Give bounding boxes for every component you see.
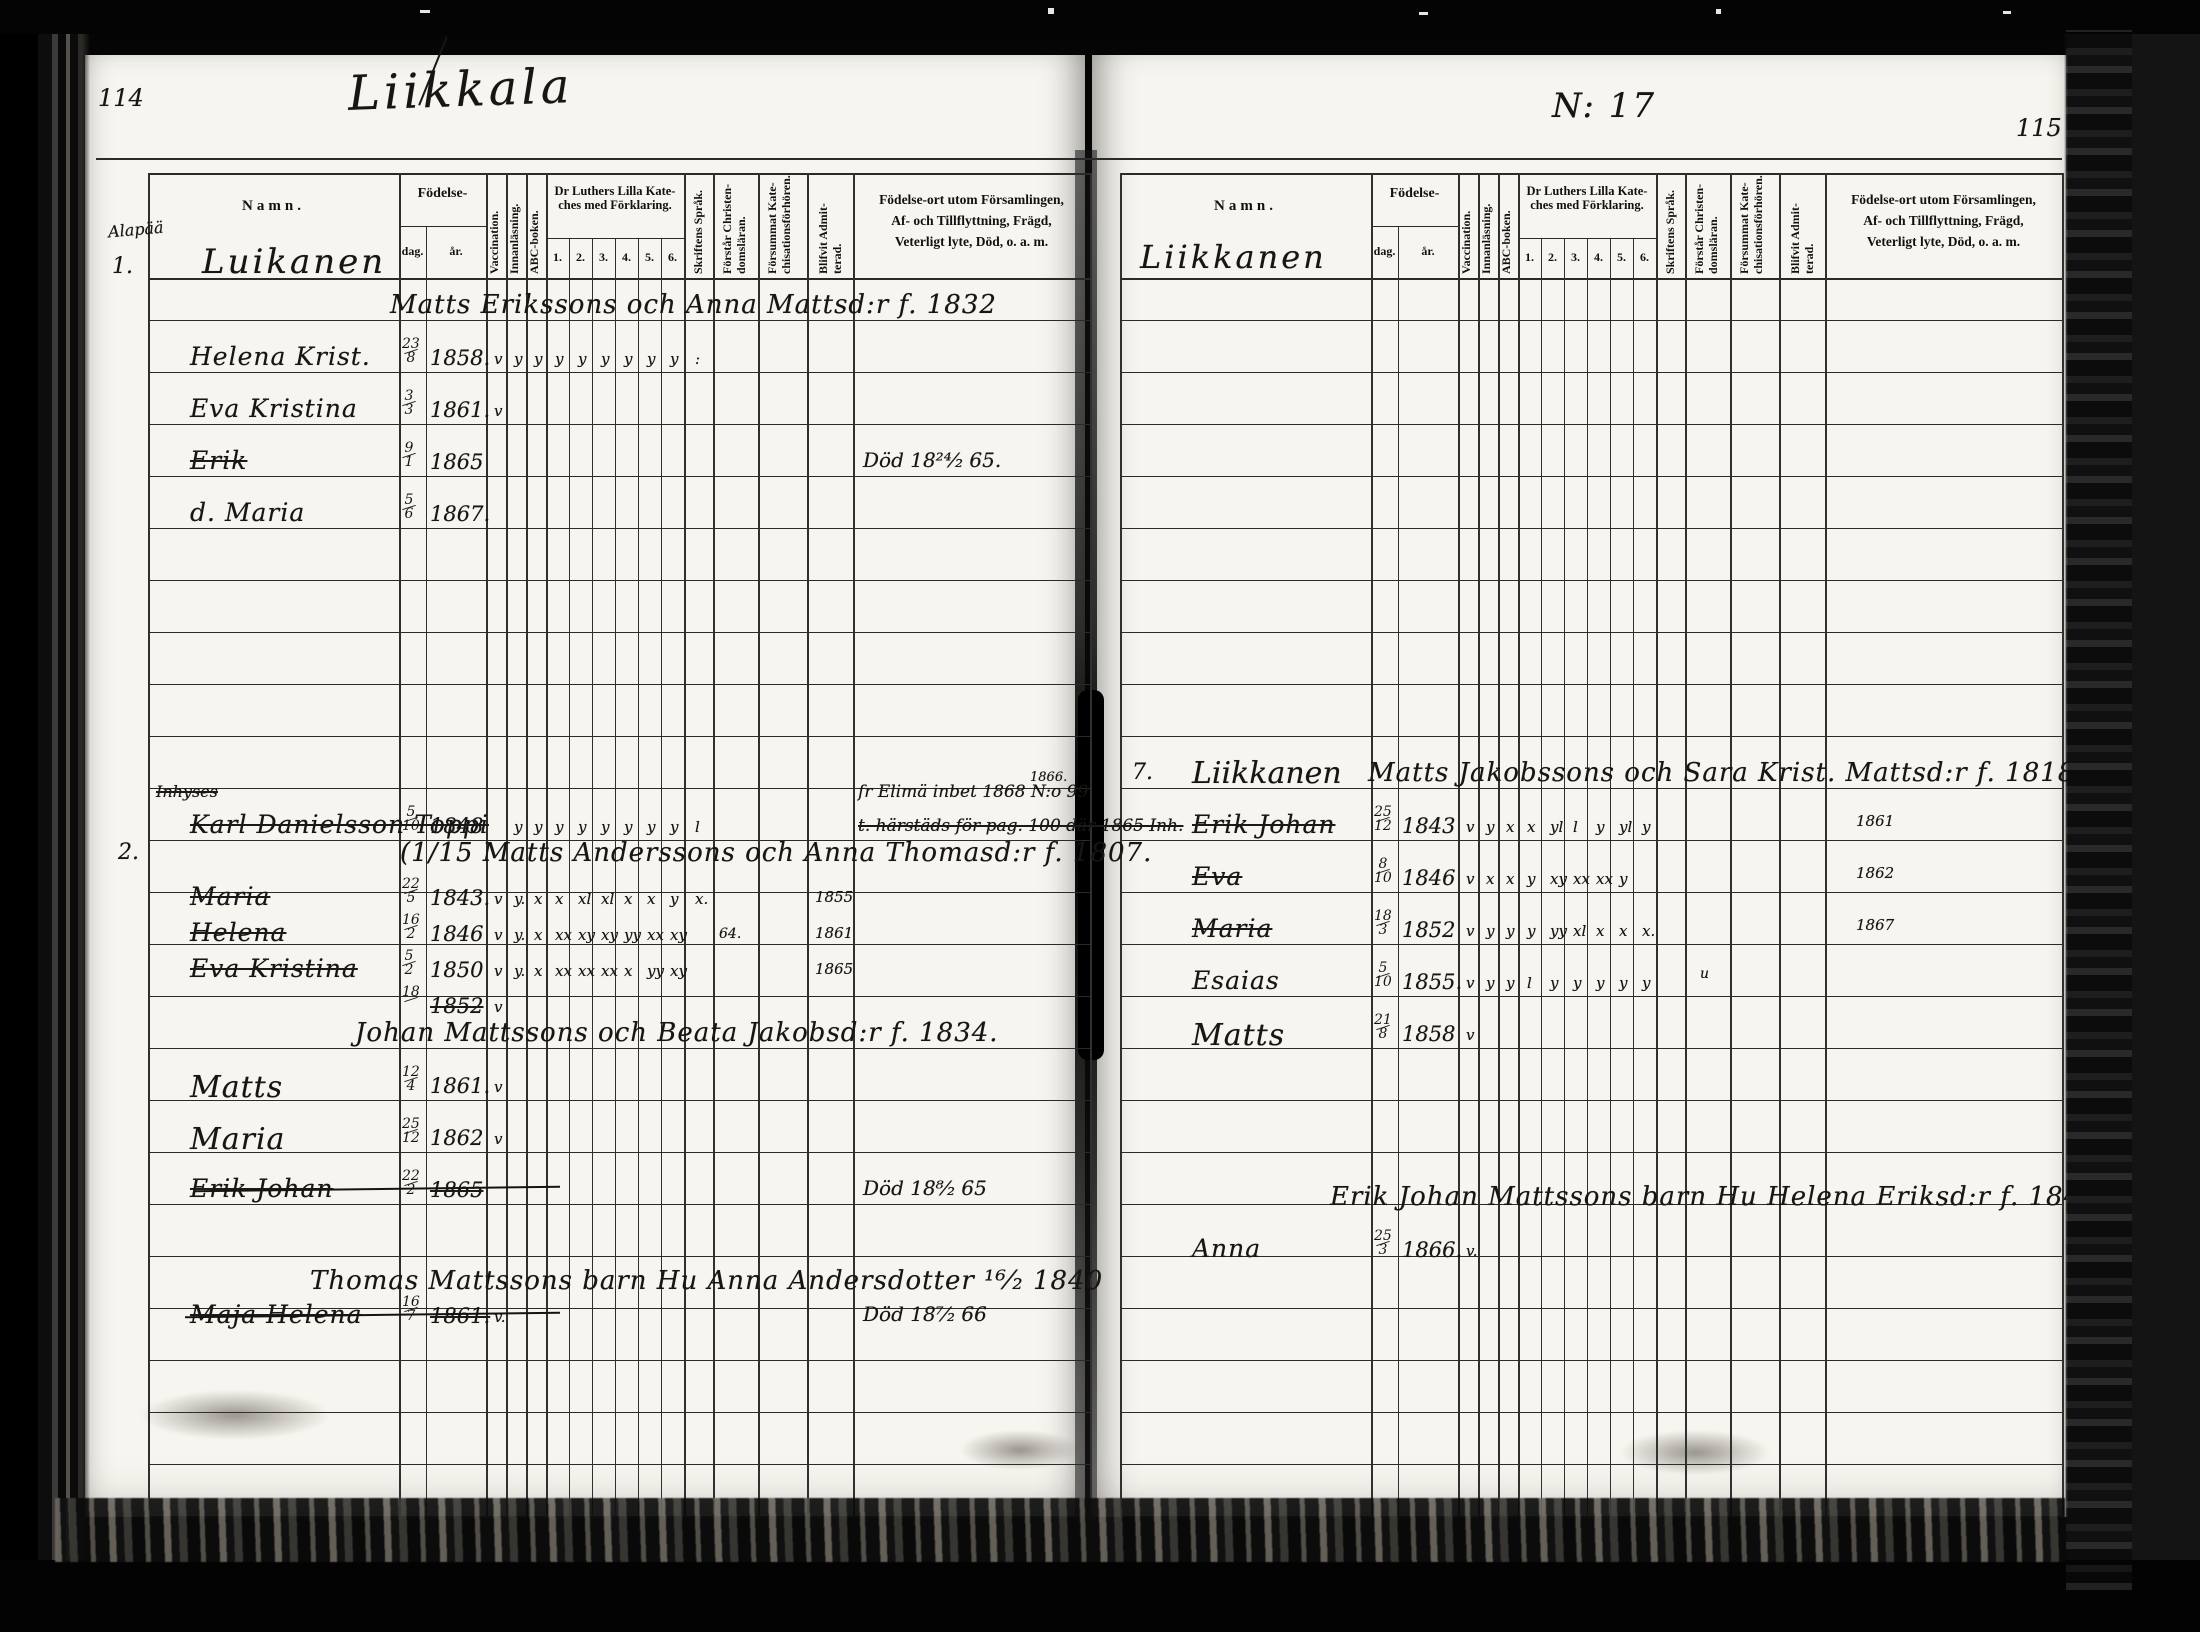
examination-mark: x xyxy=(1527,818,1535,836)
birth-day: 52 xyxy=(402,950,416,978)
examination-mark: y xyxy=(601,350,609,368)
table-top-border xyxy=(148,173,1090,175)
column-header-notes-line: Af- och Tillflyttning, Frägd, xyxy=(859,211,1084,232)
column-header-forsummat-katechisationsforhoren: Försummat Kate-chisationsförhören. xyxy=(1738,178,1764,274)
row-line xyxy=(148,632,1090,633)
family-header-entry: Erik Johan Mattssons barn Hu Helena Erik… xyxy=(1330,1182,2108,1212)
smudge xyxy=(960,1430,1080,1470)
column-line xyxy=(1685,173,1687,1516)
column-header-notes-line: Veterligt lyte, Död, o. a. m. xyxy=(1831,232,2056,253)
examination-mark: xy xyxy=(1550,870,1567,888)
examination-mark: y. xyxy=(514,926,525,944)
row-line xyxy=(1120,996,2062,997)
entry-pre-note: Inhyses xyxy=(156,782,218,801)
table-top-border xyxy=(1120,173,2062,175)
birth-day-month: 3 xyxy=(1378,924,1387,937)
birth-day-month: 2 xyxy=(406,1184,415,1197)
row-line xyxy=(1120,476,2062,477)
margin-note: Liikkanen xyxy=(1192,756,1342,791)
birth-day: 510 xyxy=(1374,962,1392,990)
title-underline xyxy=(1068,158,2062,160)
row-line xyxy=(148,684,1090,685)
column-header-skriftens-sprak: Skriftens Språk. xyxy=(692,178,705,274)
person-name: d. Maria xyxy=(190,498,305,527)
row-line xyxy=(148,996,1090,997)
scanned-church-record-spread: 114 Liikkala Alapää 1. Luikanen N: 17 11… xyxy=(0,0,2200,1632)
column-header-skriftens-sprak-label: Skriftens Språk. xyxy=(692,178,705,274)
family-header-entry: Matts Jakobssons och Sara Krist. Mattsd:… xyxy=(1368,758,2075,788)
birth-day-month: 10 xyxy=(1374,872,1392,885)
examination-mark: y xyxy=(1527,922,1535,940)
birth-day-month: 2 xyxy=(405,964,414,977)
row-line xyxy=(1120,1152,2062,1153)
column-header-fodelse: Födelse- xyxy=(1371,186,1458,202)
column-header-skriftens-sprak: Skriftens Språk. xyxy=(1664,178,1677,274)
column-header-notes: Födelse-ort utom Församlingen,Af- och Ti… xyxy=(859,190,1084,253)
column-header-innanlasning: Innanläsning. xyxy=(1480,178,1493,274)
column-header-forsummat-katechisationsforhoren-label: chisationsförhören. xyxy=(780,178,793,274)
birth-year: 1866. xyxy=(1402,1238,1462,1262)
kateches-subcolumn-number: 3. xyxy=(592,250,615,265)
left-group-label: 1. xyxy=(112,254,133,279)
right-number-label: N: 17 xyxy=(1552,86,1656,126)
birth-year: 1865 xyxy=(430,450,483,474)
row-line xyxy=(1120,892,2062,893)
examination-mark: x xyxy=(1486,870,1494,888)
column-header-namn: Namn. xyxy=(208,198,339,215)
birth-year: 1848 xyxy=(430,814,483,838)
person-name: Anna xyxy=(1192,1234,1261,1263)
examination-mark: xx xyxy=(601,962,618,980)
birth-day: 2512 xyxy=(402,1118,420,1146)
column-line xyxy=(1371,173,1373,1516)
examination-mark: y xyxy=(647,818,655,836)
column-header-blifvit-admitterad: Blifvit Admit-terad. xyxy=(817,178,843,274)
kateches-subcolumn-line xyxy=(569,238,570,1516)
kateches-subcolumn-line xyxy=(1633,238,1634,1516)
birth-day-month: 1 xyxy=(405,456,414,469)
column-header-namn: Namn. xyxy=(1180,198,1311,215)
birth-day: 2512 xyxy=(1374,806,1392,834)
examination-mark: l xyxy=(695,818,700,836)
person-name: Maria xyxy=(1192,914,1272,943)
examination-mark: v xyxy=(494,402,502,420)
birth-day: 167 xyxy=(402,1296,420,1324)
kateches-subcolumn-number: 5. xyxy=(1610,250,1633,265)
examination-mark: y xyxy=(1596,818,1604,836)
column-header-forsummat-katechisationsforhoren: Försummat Kate-chisationsförhören. xyxy=(766,178,792,274)
column-header-ar: år. xyxy=(426,244,486,259)
examination-mark: x xyxy=(1506,870,1514,888)
column-header-blifvit-admitterad-label: terad. xyxy=(1803,178,1816,274)
examination-mark: xx xyxy=(555,926,572,944)
examination-mark: v. xyxy=(494,1308,505,1326)
examination-mark: x xyxy=(1596,922,1604,940)
kateches-subcolumn-line xyxy=(661,238,662,1516)
column-header-notes: Födelse-ort utom Församlingen,Af- och Ti… xyxy=(1831,190,2056,253)
examination-mark: xy xyxy=(578,926,595,944)
death-note: Död 18²⁴⁄₂ 65. xyxy=(863,448,1001,472)
birth-day-month: 5 xyxy=(406,892,415,905)
examination-mark: x xyxy=(647,890,655,908)
examination-mark: y xyxy=(1619,974,1627,992)
examination-mark: yy xyxy=(624,926,641,944)
bottom-border xyxy=(0,1560,2200,1632)
column-header-innanlasning-label: Innanläsning. xyxy=(1480,178,1493,274)
examination-mark: : xyxy=(695,350,700,368)
row-line xyxy=(1120,528,2062,529)
examination-mark: y xyxy=(624,350,632,368)
row-line xyxy=(1120,320,2062,321)
examination-mark: yy xyxy=(1550,922,1567,940)
person-name: Erik Johan xyxy=(1192,810,1335,839)
column-header-kateches: Dr Luthers Lilla Kate- ches med Förklari… xyxy=(546,184,684,213)
examination-mark: y xyxy=(514,350,522,368)
examination-mark: xx xyxy=(1573,870,1590,888)
column-header-forstar-christendomslaran-label: Förstår Christen- xyxy=(721,178,734,274)
edge-speck xyxy=(420,10,430,13)
row-line xyxy=(1120,736,2062,737)
examination-mark: xl xyxy=(1573,922,1586,940)
birth-year: 1855. xyxy=(1402,970,1462,994)
title-underline xyxy=(96,158,1090,160)
birth-year: 1846 xyxy=(430,922,483,946)
examination-mark: xy xyxy=(670,926,687,944)
examination-mark: y xyxy=(601,818,609,836)
household-number: 2. xyxy=(118,840,139,865)
column-header-fodelse: Födelse- xyxy=(399,186,486,202)
margin-note: 1862 xyxy=(1856,864,1894,882)
examination-mark: y xyxy=(555,350,563,368)
person-name: Eva xyxy=(1192,862,1242,891)
row-line xyxy=(1120,1360,2062,1361)
edge-speck xyxy=(1716,9,1721,14)
examination-mark: y xyxy=(1486,974,1494,992)
examination-mark: yl xyxy=(1550,818,1563,836)
examination-mark: xl xyxy=(601,890,614,908)
row-line xyxy=(1120,1464,2062,1465)
left-torn-edge xyxy=(0,0,90,1632)
kateches-subcolumn-line xyxy=(1541,238,1542,1516)
examination-mark: v xyxy=(494,890,502,908)
examination-mark: l xyxy=(1573,818,1578,836)
column-line xyxy=(1478,173,1480,1516)
edge-speck xyxy=(1048,8,1054,14)
person-name: Helena Krist. xyxy=(190,342,371,371)
smudge xyxy=(140,1390,330,1440)
birth-year: 1865 xyxy=(430,1178,483,1202)
column-header-forstar-christendomslaran-label: Förstår Christen- xyxy=(1693,178,1706,274)
examination-mark: x. xyxy=(695,890,708,908)
death-note: Död 18⁸⁄₂ 65 xyxy=(863,1176,987,1200)
examination-mark: y xyxy=(1573,974,1581,992)
row-line xyxy=(1120,1100,2062,1101)
kateches-subcolumn-number: 2. xyxy=(569,250,592,265)
top-border xyxy=(0,0,2200,34)
fodelse-divider xyxy=(399,226,486,227)
examination-mark: xx xyxy=(555,962,572,980)
examination-mark: v xyxy=(494,926,502,944)
person-name: Erik xyxy=(190,446,247,475)
edge-speck xyxy=(2003,11,2011,14)
examination-mark: v xyxy=(494,1078,502,1096)
row-line xyxy=(1120,372,2062,373)
kateches-subcolumn-line xyxy=(638,238,639,1516)
examination-mark: v xyxy=(1466,1026,1474,1044)
birth-year: 1861. xyxy=(430,1304,490,1328)
column-header-abc-boken: ABC-boken. xyxy=(1500,178,1513,274)
column-header-notes-line: Veterligt lyte, Död, o. a. m. xyxy=(859,232,1084,253)
column-line xyxy=(1656,173,1658,1516)
birth-year: 1852 xyxy=(430,994,483,1018)
examination-mark: y xyxy=(534,350,542,368)
column-header-vaccination-label: Vaccination. xyxy=(1460,178,1473,274)
left-page-number: 114 xyxy=(98,84,144,112)
death-note: Död 18⁷⁄₂ 66 xyxy=(863,1302,987,1326)
examination-mark: x. xyxy=(1642,922,1655,940)
row-line xyxy=(148,372,1090,373)
examination-mark: y xyxy=(514,818,522,836)
column-header-vaccination: Vaccination. xyxy=(1460,178,1473,274)
column-line xyxy=(148,173,150,1516)
examination-mark: y xyxy=(1486,922,1494,940)
birth-year: 1858. xyxy=(430,346,490,370)
person-name: Matts xyxy=(1192,1018,1285,1053)
kateches-subcolumn-number: 4. xyxy=(1587,250,1610,265)
examination-mark: y. xyxy=(514,962,525,980)
person-name: Maria xyxy=(190,1122,285,1157)
birth-year: 1852 xyxy=(1402,918,1455,942)
birth-year: 1867. xyxy=(430,502,490,526)
margin-note: 1866. xyxy=(1030,770,1067,785)
bottom-mottled-band xyxy=(55,1498,2065,1562)
birth-day: 225 xyxy=(402,878,420,906)
person-name: Matts xyxy=(190,1070,283,1105)
birth-day-month: 12 xyxy=(402,1132,420,1145)
kateches-subcolumn-number: 3. xyxy=(1564,250,1587,265)
examination-mark: xl xyxy=(578,890,591,908)
examination-mark: y xyxy=(1619,870,1627,888)
birth-year: 1861. xyxy=(430,1074,490,1098)
admitted-year: 1865 xyxy=(815,960,853,978)
birth-day: 183 xyxy=(1374,910,1392,938)
family-header-entry: (1/15 Matts Anderssons och Anna Thomasd:… xyxy=(400,838,1152,868)
row-line xyxy=(1120,632,2062,633)
column-header-notes-line: Af- och Tillflyttning, Frägd, xyxy=(1831,211,2056,232)
kateches-subcolumn-number: 1. xyxy=(546,250,569,265)
row-line xyxy=(1120,840,2062,841)
examination-mark: y xyxy=(670,350,678,368)
row-line xyxy=(148,580,1090,581)
examination-mark: y xyxy=(670,890,678,908)
birth-day: 810 xyxy=(1374,858,1392,886)
column-line xyxy=(1458,173,1460,1516)
birth-year: 1850 xyxy=(430,958,483,982)
birth-day-month: 12 xyxy=(1374,820,1392,833)
row-line xyxy=(1120,1412,2062,1413)
birth-year: 1846 xyxy=(1402,866,1455,890)
header-bottom-border xyxy=(1120,278,2062,280)
examination-mark: v xyxy=(1466,870,1474,888)
column-header-forsummat-katechisationsforhoren-label: Försummat Kate- xyxy=(1738,178,1751,274)
column-header-dag: dag. xyxy=(399,244,426,259)
row-line xyxy=(148,1204,1090,1205)
forstar-note: 64. xyxy=(719,926,741,942)
fodelse-divider xyxy=(1371,226,1458,227)
birth-day: 510 xyxy=(402,806,420,834)
margin-note: 1867 xyxy=(1856,916,1894,934)
column-header-vaccination-label: Vaccination. xyxy=(488,178,501,274)
row-line xyxy=(148,320,1090,321)
birth-day-month: 8 xyxy=(406,352,415,365)
person-name: Eva Kristina xyxy=(190,394,358,423)
examination-mark: y xyxy=(1506,974,1514,992)
family-header-entry: Johan Mattssons och Beata Jakobsd:r f. 1… xyxy=(355,1018,999,1048)
examination-mark: x xyxy=(534,926,542,944)
kateches-subcolumn-number: 1. xyxy=(1518,250,1541,265)
row-line xyxy=(148,944,1090,945)
birth-year: 1843. xyxy=(430,886,490,910)
row-line xyxy=(148,1464,1090,1465)
kateches-subcolumn-number: 2. xyxy=(1541,250,1564,265)
examination-mark: v xyxy=(494,1130,502,1148)
household-number: 7. xyxy=(1132,760,1153,785)
examination-mark: y xyxy=(670,818,678,836)
dag-ar-divider xyxy=(1398,226,1399,1516)
examination-mark: y xyxy=(578,350,586,368)
birth-day-month: 6 xyxy=(405,508,414,521)
margin-note: t. härstäds för pag. 100 där 1865 Inh. xyxy=(858,816,1183,836)
admitted-year: 1861 xyxy=(815,924,853,942)
row-line xyxy=(1120,1308,2062,1309)
examination-mark: y xyxy=(1506,922,1514,940)
birth-day: 218 xyxy=(1374,1014,1392,1042)
examination-mark: x xyxy=(1619,922,1627,940)
birth-day-month: 3 xyxy=(1378,1244,1387,1257)
row-line xyxy=(1120,684,2062,685)
examination-mark: xy xyxy=(601,926,618,944)
row-line xyxy=(148,476,1090,477)
row-line xyxy=(148,424,1090,425)
examination-mark: y xyxy=(1642,974,1650,992)
row-line xyxy=(1120,580,2062,581)
row-line xyxy=(148,528,1090,529)
column-header-notes-line: Födelse-ort utom Församlingen, xyxy=(1831,190,2056,211)
row-line xyxy=(148,892,1090,893)
birth-year: 1858 xyxy=(1402,1022,1455,1046)
column-line xyxy=(1730,173,1732,1516)
birth-day-month: 2 xyxy=(406,928,415,941)
birth-day: 56 xyxy=(402,494,416,522)
family-header-entry: Matts Erikssons och Anna Mattsd:r f. 183… xyxy=(390,290,997,320)
right-edge-noise xyxy=(2066,30,2132,1590)
person-name: Eva Kristina xyxy=(190,954,358,983)
column-header-blifvit-admitterad-label: Blifvit Admit- xyxy=(1789,178,1802,274)
examination-mark: v xyxy=(494,962,502,980)
column-header-abc-boken-label: ABC-boken. xyxy=(1500,178,1513,274)
column-header-blifvit-admitterad: Blifvit Admit-terad. xyxy=(1789,178,1815,274)
birth-day: 222 xyxy=(402,1170,420,1198)
edge-speck xyxy=(1419,12,1428,15)
birth-day: 238 xyxy=(402,338,420,366)
birth-day-month: 10 xyxy=(402,820,420,833)
birth-day-month: 8 xyxy=(1378,1028,1387,1041)
right-page-number: 115 xyxy=(2016,114,2062,142)
birth-day: 162 xyxy=(402,914,420,942)
column-header-forstar-christendomslaran: Förstår Christen-domsläran. xyxy=(1693,178,1719,274)
dag-ar-divider xyxy=(426,226,427,1516)
examination-mark: x xyxy=(624,890,632,908)
row-line xyxy=(148,1360,1090,1361)
row-line xyxy=(148,1100,1090,1101)
birth-day: 33 xyxy=(402,390,416,418)
column-header-abc-boken-label: ABC-boken. xyxy=(528,178,541,274)
examination-mark: x xyxy=(624,962,632,980)
row-line xyxy=(148,1048,1090,1049)
column-header-vaccination: Vaccination. xyxy=(488,178,501,274)
column-line xyxy=(1825,173,1827,1516)
examination-mark: y xyxy=(534,818,542,836)
examination-mark: y xyxy=(1486,818,1494,836)
person-name: Esaias xyxy=(1192,966,1280,995)
column-header-abc-boken: ABC-boken. xyxy=(528,178,541,274)
column-header-forstar-christendomslaran-label: domsläran. xyxy=(1707,178,1720,274)
examination-mark: y xyxy=(1596,974,1604,992)
birth-day: 18 xyxy=(402,986,420,1000)
birth-year: 1861. xyxy=(430,398,490,422)
column-header-innanlasning-label: Innanläsning. xyxy=(508,178,521,274)
kateches-subcolumn-number: 5. xyxy=(638,250,661,265)
column-header-ar: år. xyxy=(1398,244,1458,259)
row-line xyxy=(1120,424,2062,425)
column-line xyxy=(1498,173,1500,1516)
examination-mark: y xyxy=(1642,818,1650,836)
column-line xyxy=(1518,173,1520,1516)
column-header-forsummat-katechisationsforhoren-label: Försummat Kate- xyxy=(766,178,779,274)
column-header-innanlasning: Innanläsning. xyxy=(508,178,521,274)
left-village-name: Luikanen xyxy=(202,242,386,282)
examination-mark: y xyxy=(1527,870,1535,888)
row-line xyxy=(1120,944,2062,945)
examination-mark: y xyxy=(1550,974,1558,992)
kateches-subcolumn-number: 6. xyxy=(1633,250,1656,265)
margin-note: fr Elimä inbet 1868 N:o 99 xyxy=(858,782,1088,802)
margin-note: 1861 xyxy=(1856,812,1894,830)
birth-day-month: 4 xyxy=(406,1080,415,1093)
examination-mark: xx xyxy=(578,962,595,980)
examination-mark: v xyxy=(1466,818,1474,836)
column-header-kateches: Dr Luthers Lilla Kate- ches med Förklari… xyxy=(1518,184,1656,213)
column-line xyxy=(1779,173,1781,1516)
examination-mark: xy xyxy=(670,962,687,980)
examination-mark: x xyxy=(534,962,542,980)
birth-day-month: 3 xyxy=(405,404,414,417)
column-header-dag: dag. xyxy=(1371,244,1398,259)
examination-mark: y xyxy=(555,818,563,836)
birth-day: 124 xyxy=(402,1066,420,1094)
birth-day: 91 xyxy=(402,442,416,470)
column-header-blifvit-admitterad-label: terad. xyxy=(831,178,844,274)
examination-mark: v xyxy=(1466,922,1474,940)
examination-mark: x xyxy=(534,890,542,908)
examination-mark: x xyxy=(555,890,563,908)
left-page-title: Liikkala xyxy=(347,58,574,122)
column-header-blifvit-admitterad-label: Blifvit Admit- xyxy=(817,178,830,274)
birth-year: 1862 xyxy=(430,1126,483,1150)
admitted-year: 1855 xyxy=(815,888,853,906)
column-header-forstar-christendomslaran: Förstår Christen-domsläran. xyxy=(721,178,747,274)
kateches-subcolumn-number: 6. xyxy=(661,250,684,265)
